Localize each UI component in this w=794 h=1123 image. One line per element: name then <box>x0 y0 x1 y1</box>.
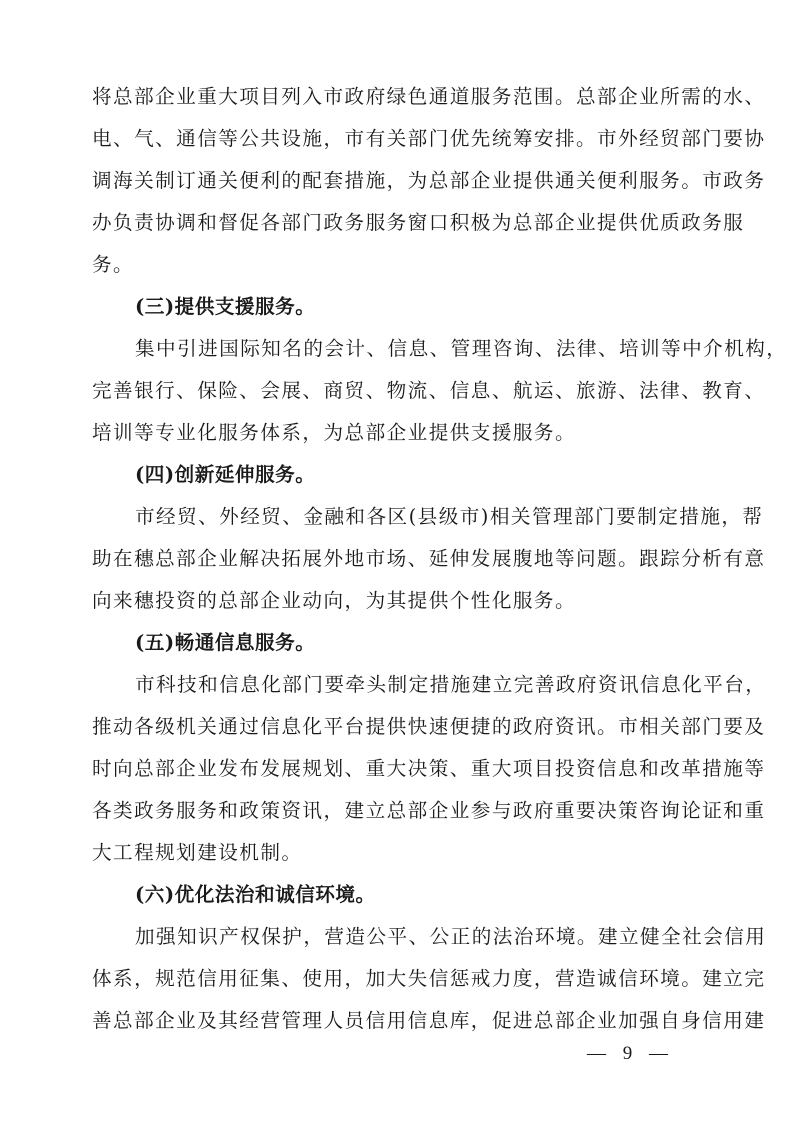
text-line: 调海关制订通关便利的配套措施，为总部企业提供通关便利服务。市政务 <box>92 160 714 202</box>
text-line: 加强知识产权保护，营造公平、公正的法治环境。建立健全社会信用 <box>92 916 714 958</box>
text-line: 大工程规划建设机制。 <box>92 832 714 874</box>
section-heading-6: (六)优化法治和诚信环境。 <box>92 874 714 916</box>
section-heading-5: (五)畅通信息服务。 <box>92 622 714 664</box>
section-heading-3: (三)提供支援服务。 <box>92 286 714 328</box>
text-line: 向来穗投资的总部企业动向，为其提供个性化服务。 <box>92 580 714 622</box>
text-line: 办负责协调和督促各部门政务服务窗口积极为总部企业提供优质政务服 <box>92 202 714 244</box>
text-line: 将总部企业重大项目列入市政府绿色通道服务范围。总部企业所需的水、 <box>92 76 714 118</box>
document-page: 将总部企业重大项目列入市政府绿色通道服务范围。总部企业所需的水、 电、气、通信等… <box>92 76 714 1042</box>
text-line: 市科技和信息化部门要牵头制定措施建立完善政府资讯信息化平台， <box>92 664 714 706</box>
text-line: 各类政务服务和政策资讯，建立总部企业参与政府重要决策咨询论证和重 <box>92 790 714 832</box>
text-line: 完善银行、保险、会展、商贸、物流、信息、航运、旅游、法律、教育、 <box>92 370 714 412</box>
paragraph-extension-services: 市经贸、外经贸、金融和各区(县级市)相关管理部门要制定措施，帮 助在穗总部企业解… <box>92 496 714 622</box>
text-line: 集中引进国际知名的会计、信息、管理咨询、法律、培训等中介机构， <box>92 328 714 370</box>
text-line: 市经贸、外经贸、金融和各区(县级市)相关管理部门要制定措施，帮 <box>92 496 714 538</box>
text-line: 善总部企业及其经营管理人员信用信息库，促进总部企业加强自身信用建 <box>92 1000 714 1042</box>
text-line: 电、气、通信等公共设施，市有关部门优先统筹安排。市外经贸部门要协 <box>92 118 714 160</box>
text-line: 时向总部企业发布发展规划、重大决策、重大项目投资信息和改革措施等 <box>92 748 714 790</box>
paragraph-rule-of-law: 加强知识产权保护，营造公平、公正的法治环境。建立健全社会信用 体系，规范信用征集… <box>92 916 714 1042</box>
paragraph-support-services: 集中引进国际知名的会计、信息、管理咨询、法律、培训等中介机构， 完善银行、保险、… <box>92 328 714 454</box>
text-line: 推动各级机关通过信息化平台提供快速便捷的政府资讯。市相关部门要及 <box>92 706 714 748</box>
text-line: 助在穗总部企业解决拓展外地市场、延伸发展腹地等问题。跟踪分析有意 <box>92 538 714 580</box>
text-line: 务。 <box>92 244 714 286</box>
paragraph-green-channel: 将总部企业重大项目列入市政府绿色通道服务范围。总部企业所需的水、 电、气、通信等… <box>92 76 714 286</box>
text-line: 培训等专业化服务体系，为总部企业提供支援服务。 <box>92 412 714 454</box>
page-number: — 9 — <box>587 1043 674 1065</box>
paragraph-information-services: 市科技和信息化部门要牵头制定措施建立完善政府资讯信息化平台， 推动各级机关通过信… <box>92 664 714 874</box>
text-line: 体系，规范信用征集、使用，加大失信惩戒力度，营造诚信环境。建立完 <box>92 958 714 1000</box>
section-heading-4: (四)创新延伸服务。 <box>92 454 714 496</box>
